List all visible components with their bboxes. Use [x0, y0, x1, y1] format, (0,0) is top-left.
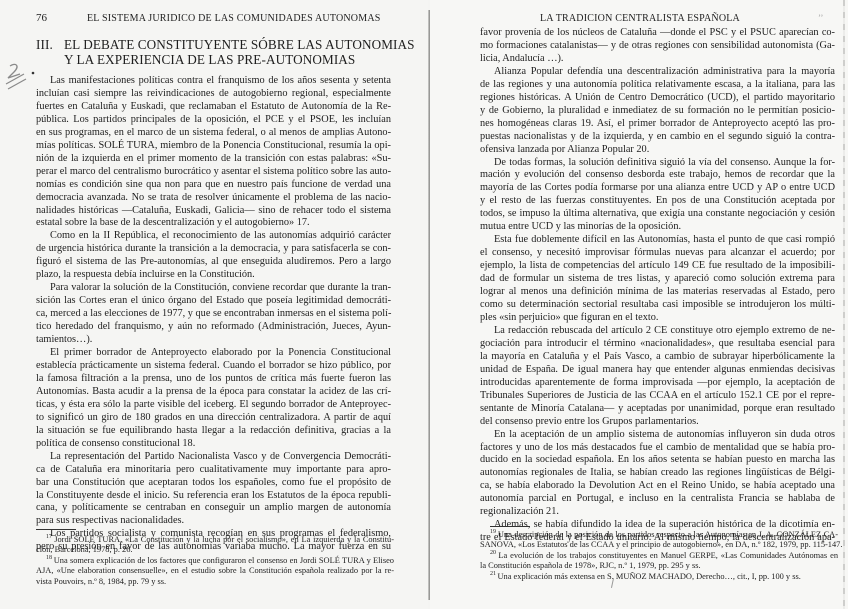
footnote-line: SANOVA, «Los Estatutos de las CCAA y el …	[480, 540, 838, 550]
text-line: ticas, y ésta era sólo la parte visible …	[36, 399, 391, 412]
footnote-line: 17 Jordi SOLÉ TURA, «La Constitución y l…	[36, 535, 394, 545]
text-line: Autonomías. Basta acudir a la prensa de …	[36, 386, 391, 399]
text-line: lograr al menos una definición mínima de…	[480, 286, 835, 299]
footnote-line: 21 Una explicación más extensa en S. MUÑ…	[480, 572, 838, 582]
footnote-number: 17	[46, 534, 54, 540]
text-line: Esta fue doblemente difícil en las Auton…	[480, 234, 835, 247]
text-line: ca, merced a las elecciones de 1977, y q…	[36, 308, 391, 321]
footnote-line: AJA, «Une elaboration consensuelle», en …	[36, 566, 394, 576]
text-line: En la aceptación de un amplio sistema de…	[480, 429, 835, 442]
text-line: como su determinación sectorial resultab…	[480, 299, 835, 312]
text-line: ejemplo, la lista de competencias del ar…	[480, 260, 835, 273]
text-line: nalidades históricas —Cataluña, Euskadi,…	[36, 205, 391, 218]
text-line: el consenso, y necesitó improvisar fórmu…	[480, 247, 835, 260]
text-line: tamientos…).	[36, 334, 391, 347]
text-line: factores y uno de los más destacados fue…	[480, 442, 835, 455]
pencil-margin-mark-icon	[4, 60, 38, 92]
text-line: nión de la izquierda en el primer moment…	[36, 153, 391, 166]
footnote-line: 20 La evolución de los trabajos constitu…	[480, 551, 838, 561]
footnote-line: 19 Una descripción de la posición de los…	[480, 530, 838, 540]
footnote-rule	[36, 529, 76, 530]
footnote-number: 21	[490, 571, 498, 577]
text-line: autonomías regionales de Italia, se habí…	[480, 467, 835, 480]
text-line: mación y evolución del consenso desborda…	[480, 169, 835, 182]
running-head: LA TRADICION CENTRALISTA ESPAÑOLA	[540, 13, 740, 24]
text-line: nomías es condición sine qua non para qu…	[36, 179, 391, 192]
text-line: sición las Cortes eran el único órgano d…	[36, 295, 391, 308]
text-line: establecía prácticamente un sistema fede…	[36, 360, 391, 373]
text-line: la famosa filtración a la prensa, uno de…	[36, 373, 391, 386]
text-line: Tribunales Superiores de Justicia de las…	[480, 390, 835, 403]
page-number: 76	[36, 12, 47, 24]
text-line: democracia avanzada. No se trata de reso…	[36, 192, 391, 205]
text-line: Como en la II República, el reconocimien…	[36, 230, 391, 243]
right-body-text: favor provenía de los núcleos de Cataluñ…	[480, 27, 835, 545]
running-head: EL SISTEMA JURIDICO DE LAS COMUNIDADES A…	[87, 13, 381, 24]
text-line: para sus respectivas nacionalidades.	[36, 515, 391, 528]
text-line: bar una Constitución que aceptaran todos…	[36, 477, 391, 490]
footnote: 19 Una descripción de la posición de los…	[480, 530, 838, 551]
text-line: Alianza Popular defendía una descentrali…	[480, 66, 835, 79]
footnote-line: ción, Barcelona, 1978, p. 26.	[36, 545, 394, 555]
text-line: de urgencia histórica durante la transic…	[36, 243, 391, 256]
text-line: política de consenso constitucional 18.	[36, 438, 391, 451]
right-page: LA TRADICION CENTRALISTA ESPAÑOLA ’’ fav…	[430, 0, 848, 609]
text-line: introducidas aparentemente de forma impr…	[480, 377, 835, 390]
section-number: III.	[36, 37, 64, 52]
footnote: 17 Jordi SOLÉ TURA, «La Constitución y l…	[36, 535, 394, 556]
text-line: puestas nacionalistas y de la izquierda,…	[480, 131, 835, 144]
left-page: 76 EL SISTEMA JURIDICO DE LAS COMUNIDADE…	[0, 0, 428, 609]
footnote-line: la Constitución española de 1978», RJC, …	[480, 561, 838, 571]
footnote-number: 18	[46, 555, 54, 561]
text-line: la situación se fue equilibrando hasta l…	[36, 425, 391, 438]
right-footnotes: 19 Una descripción de la posición de los…	[480, 530, 838, 582]
text-line: sentante de Minoría Catalana— y aceptada…	[480, 403, 835, 416]
text-line: Para valorar la solución de la Constituc…	[36, 282, 391, 295]
text-line: ducido en la sociedad española. En los a…	[480, 454, 835, 467]
text-line: ples «sin perjuicio» que figuran en el t…	[480, 312, 835, 325]
text-line: mo formaciones catalanistas— y de otras …	[480, 40, 835, 53]
text-line: El primer borrador de Anteproyecto elabo…	[36, 347, 391, 360]
text-line: autonomía parcial en Portugal, e incluso…	[480, 493, 835, 506]
text-line: unidad de España. De igual manera hay qu…	[480, 364, 835, 377]
text-line: ca, se había elaborado la Devolution Act…	[480, 480, 835, 493]
section-title-line-1: EL DEBATE CONSTITUYENTE SÓBRE LAS AUTONO…	[64, 37, 415, 52]
book-spread: 76 EL SISTEMA JURIDICO DE LAS COMUNIDADE…	[0, 0, 848, 609]
text-line: La representación del Partido Nacionalis…	[36, 451, 391, 464]
text-line: la mayoría en Cataluña y el País Vasco, …	[480, 351, 835, 364]
left-body-text: Las manifestaciones políticas contra el …	[36, 75, 391, 554]
section-heading: III.EL DEBATE CONSTITUYENTE SÓBRE LAS AU…	[36, 37, 415, 67]
text-line: y de Gobierno, la pluralidad e inmediate…	[480, 105, 835, 118]
text-line: ofensiva lanzada por Alianza Popular 20.	[480, 144, 835, 157]
text-line: fuertes en Cataluña y Euskadi, que recla…	[36, 101, 391, 114]
footnote-rule	[490, 526, 530, 527]
text-line: regionalización 21.	[480, 506, 835, 519]
text-line: en sus programas, en el marco de un sist…	[36, 127, 391, 140]
text-line: y el resto de las fuerzas constituyentes…	[480, 195, 835, 208]
text-line: dad de formular un sistema de tres lista…	[480, 273, 835, 286]
text-line: perar el marco del centralismo burocráti…	[36, 166, 391, 179]
text-line: De todas formas, la solución definitiva …	[480, 157, 835, 170]
text-line: figuró el sistema de las Pre-autonomías,…	[36, 256, 391, 269]
text-line: tico heredado del franquismo, y aún no r…	[36, 321, 391, 334]
text-line: de las regiones y una autonomía política…	[480, 79, 835, 92]
section-title-line-2: Y LA EXPERIENCIA DE LAS PRE-AUTONOMIAS	[36, 52, 415, 67]
text-line: mayoría de las Cortes podía formarse por…	[480, 182, 835, 195]
text-line: pública. Los partidos principales de la …	[36, 114, 391, 127]
text-line: todos, se impuso la última alternativa, …	[480, 208, 835, 221]
text-line: mutua entre UCD y las minorías de la opo…	[480, 221, 835, 234]
text-line: mías políticas. SOLÉ TURA, miembro de la…	[36, 140, 391, 153]
text-line: la Constituyente desde el inicio. Su ref…	[36, 490, 391, 503]
text-line: La redacción rebuscada del artículo 2 CE…	[480, 325, 835, 338]
text-line: ca de Cataluña era minoritaria pero cual…	[36, 464, 391, 477]
text-line: plazo, la respuesta debía incluirse en l…	[36, 269, 391, 282]
text-line: licia, Andalucía …).	[480, 53, 835, 66]
left-footnotes: 17 Jordi SOLÉ TURA, «La Constitución y l…	[36, 535, 394, 587]
footnote-number: 20	[490, 550, 498, 556]
footnote-line: 18 Una somera explicación de los factore…	[36, 556, 394, 566]
text-line: incluían casi siempre las reivindicacion…	[36, 88, 391, 101]
text-line: regiones históricas. A Unión de Centro D…	[480, 92, 835, 105]
footnote-line: vista Pouvoirs, n.º 8, 1984, pp. 79 y ss…	[36, 577, 394, 587]
text-line: gociación para introducir el término «na…	[480, 338, 835, 351]
text-line: cana, y políticamente se centraban en co…	[36, 502, 391, 515]
page-number-faint: ’’	[818, 13, 823, 23]
footnote-number: 19	[490, 529, 498, 535]
text-line: estatal sobre la base de la descentraliz…	[36, 217, 391, 230]
footnote: 18 Una somera explicación de los factore…	[36, 556, 394, 587]
text-line: to significó un giro de 180 grados en un…	[36, 412, 391, 425]
footnote: 20 La evolución de los trabajos constitu…	[480, 551, 838, 572]
text-line: Las manifestaciones políticas contra el …	[36, 75, 391, 88]
footnote: 21 Una explicación más extensa en S. MUÑ…	[480, 572, 838, 582]
text-line: favor provenía de los núcleos de Cataluñ…	[480, 27, 835, 40]
text-line: del consenso previo entre los Grupos par…	[480, 416, 835, 429]
page-edge-shadow	[843, 0, 845, 609]
text-line: nes homogéneas claras 19. Así, el primer…	[480, 118, 835, 131]
